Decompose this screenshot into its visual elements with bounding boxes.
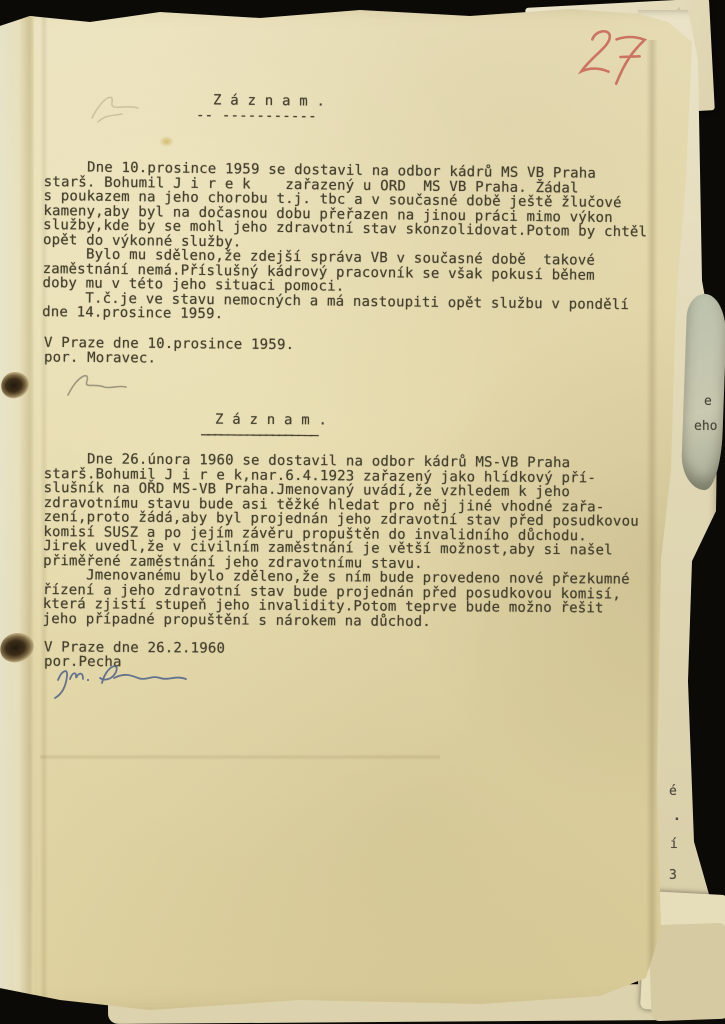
page-stack-corner-2 [648,923,725,1022]
record1-signature-line: por. Moravec. [44,351,156,366]
torn-fragment-right [681,293,725,490]
record2-heading: Z á z n a m . [215,413,327,428]
record1-body: Dne 10.prosince 1959 se dostavil na odbo… [42,160,648,327]
edge-text-fragment: eho [694,420,717,433]
record2-body: Dne 26.února 1960 se dostavil na odbor k… [43,452,640,631]
record1-heading-underline: -- ----------- [196,108,317,124]
edge-text-fragment: . [673,810,681,823]
edge-text-fragment: í [670,838,678,851]
record2-heading-underline: –––––––––––––––––– [201,428,317,443]
edge-text-fragment: 3 [669,869,677,882]
edge-text-fragment: é [669,785,677,798]
edge-text-fragment: e [704,395,712,408]
scanned-document: e eho é . í 3 Z á z n a m . -- ---------… [0,0,725,1024]
